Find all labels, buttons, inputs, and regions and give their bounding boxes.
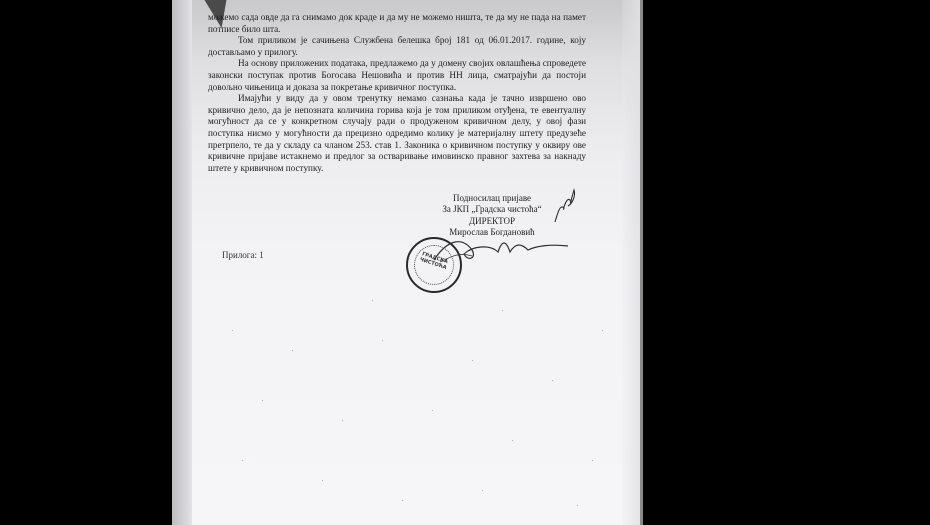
signatory-name: Мирослав Богдановић — [422, 227, 562, 238]
paragraph-1: можемо сада овде да га снимамо док краде… — [208, 12, 586, 35]
image-viewer: можемо сада овде да га снимамо док краде… — [0, 0, 930, 525]
page-right-edge — [640, 0, 643, 525]
scanned-document-page: можемо сада овде да га снимамо док краде… — [172, 0, 643, 525]
attachment-count: Прилога: 1 — [222, 250, 264, 260]
signature-block: Подносилац пријаве За ЈКП „Градска чисто… — [422, 193, 562, 239]
paragraph-3: На основу приложених података, предлажем… — [208, 58, 586, 93]
document-body: можемо сада овде да га снимамо док краде… — [208, 12, 586, 174]
organization-name: За ЈКП „Градска чистоћа“ — [422, 204, 562, 215]
paragraph-2: Том приликом је сачињена Службена белешк… — [208, 35, 586, 58]
signatory-title: ДИРЕКТОР — [422, 216, 562, 227]
official-stamp: ГРАДСКА ЧИСТОЋА — [406, 237, 462, 293]
page-right-shade — [622, 0, 640, 525]
page-left-edge — [172, 0, 192, 525]
submitter-label: Подносилац пријаве — [422, 193, 562, 204]
paragraph-4: Имајући у виду да у овом тренутку немамо… — [208, 93, 586, 174]
